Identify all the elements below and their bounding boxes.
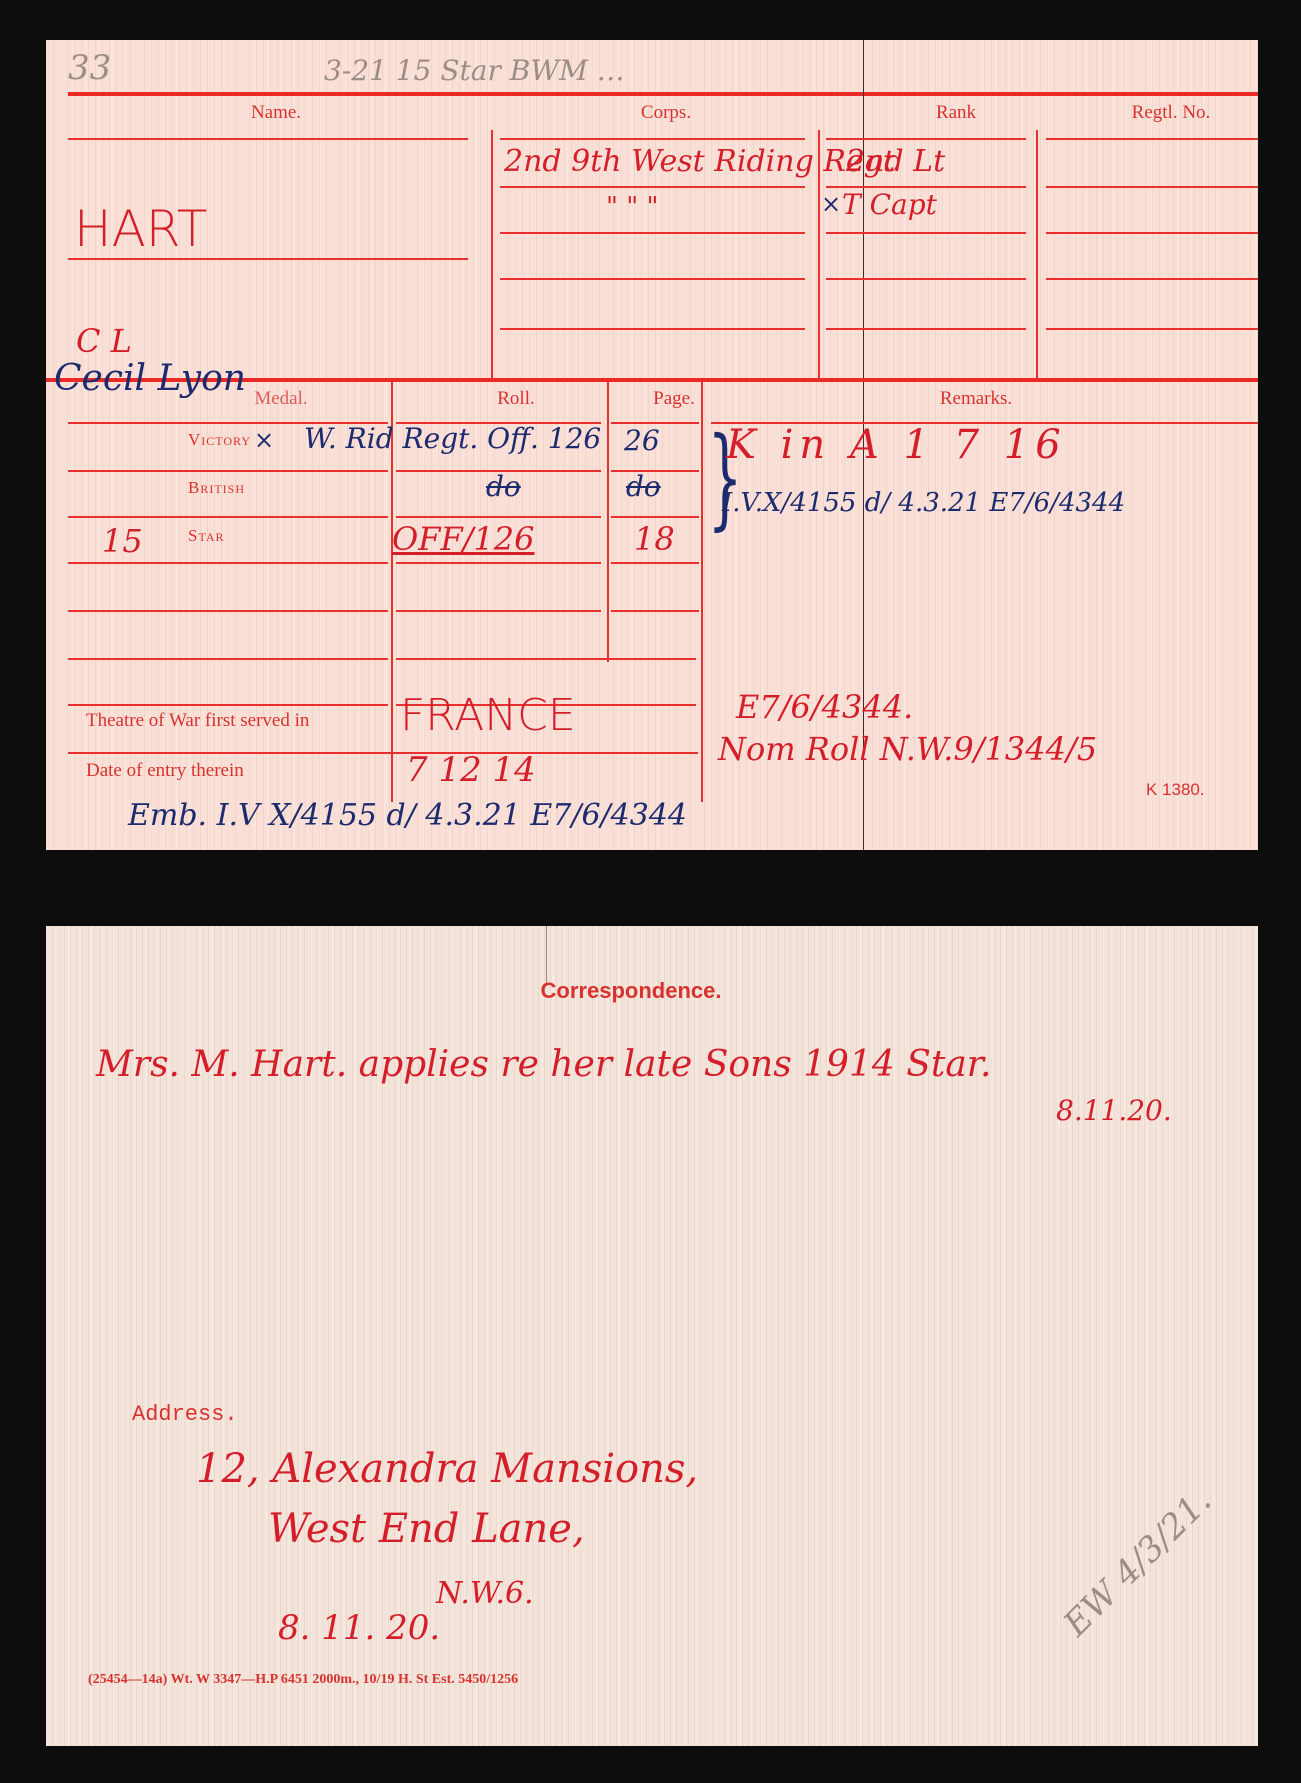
medal-card-front: 33 3-21 15 Star BWM … Name. Corps. Rank …: [46, 40, 1258, 850]
divider: [826, 278, 1026, 280]
divider: [701, 382, 703, 802]
divider: [68, 562, 388, 564]
page-value: 26: [624, 424, 660, 457]
divider: [396, 610, 601, 612]
divider: [500, 186, 805, 188]
pencil-note: 3-21 15 Star BWM …: [324, 54, 625, 87]
medal-card-back: Correspondence. Mrs. M. Hart. applies re…: [46, 926, 1258, 1746]
corps-value-2: " " ": [606, 192, 658, 222]
header-medal: Medal.: [236, 388, 326, 410]
divider: [826, 138, 1026, 140]
divider: [826, 328, 1026, 330]
divider: [396, 658, 696, 660]
star-prefix: 15: [102, 522, 143, 560]
surname: HART: [74, 200, 207, 258]
remarks-line-2: I.V.X/4155 d/ 4.3.21 E7/6/4344: [722, 488, 1125, 518]
remarks-line-4: Nom Roll N.W.9/1344/5: [718, 730, 1097, 768]
divider: [491, 130, 493, 378]
divider: [68, 470, 388, 472]
divider: [68, 752, 698, 754]
divider: [68, 258, 468, 260]
correspondence-text: Mrs. M. Hart. applies re her late Sons 1…: [96, 1044, 991, 1085]
divider: [1046, 232, 1258, 234]
divider: [1046, 278, 1258, 280]
rank-value-1: 2nd Lt: [846, 144, 945, 179]
header-roll: Roll.: [466, 388, 566, 410]
correspondence-date: 8.11.20.: [1056, 1094, 1172, 1127]
roll-value: W. Rid Regt. Off. 126: [304, 422, 601, 455]
address-line-1: 12, Alexandra Mansions,: [196, 1446, 698, 1492]
divider: [611, 516, 699, 518]
pencil-number: 33: [68, 48, 111, 88]
fold-line: [546, 926, 547, 986]
divider: [396, 562, 601, 564]
rank-value-2: T Capt: [842, 188, 937, 221]
page-value: do: [626, 470, 661, 503]
address-date: 8. 11. 20.: [278, 1608, 440, 1648]
divider: [500, 138, 805, 140]
correspondence-title: Correspondence.: [516, 978, 746, 1004]
divider: [500, 232, 805, 234]
roll-value: OFF/126: [392, 520, 535, 558]
divider: [68, 516, 388, 518]
address-line-3: N.W.6.: [436, 1576, 534, 1611]
header-rank: Rank: [906, 102, 1006, 124]
divider: [1046, 186, 1258, 188]
header-regtl-no: Regtl. No.: [1101, 102, 1241, 124]
divider: [500, 278, 805, 280]
corps-value-1: 2nd 9th West Riding Regt: [504, 144, 895, 179]
theatre-value: FRANCE: [400, 690, 576, 741]
roll-value: do: [486, 470, 521, 503]
divider: [68, 92, 1258, 96]
address-line-2: West End Lane,: [268, 1506, 585, 1552]
header-remarks: Remarks.: [906, 388, 1046, 410]
marker-icon: ×: [821, 190, 841, 218]
page-value: 18: [634, 520, 675, 558]
medal-name: Victory: [188, 430, 251, 450]
marker-icon: ×: [254, 426, 274, 454]
divider: [1036, 130, 1038, 378]
divider: [611, 610, 699, 612]
divider: [500, 328, 805, 330]
header-page: Page.: [624, 388, 724, 410]
divider: [68, 610, 388, 612]
medal-name: Star: [188, 526, 225, 546]
divider: [396, 516, 601, 518]
initials: C L: [76, 322, 132, 360]
divider: [611, 562, 699, 564]
form-code: K 1380.: [1146, 780, 1205, 800]
divider: [1046, 328, 1258, 330]
divider: [826, 232, 1026, 234]
theatre-label: Theatre of War first served in: [86, 710, 309, 732]
header-name: Name.: [186, 102, 366, 124]
entry-date-label: Date of entry therein: [86, 760, 244, 782]
forenames: Cecil Lyon: [54, 358, 246, 399]
medal-name: British: [188, 478, 245, 498]
divider: [1046, 138, 1258, 140]
footer-note: Emb. I.V X/4155 d/ 4.3.21 E7/6/4344: [128, 798, 687, 833]
divider: [68, 138, 468, 140]
print-line: (25454—14a) Wt. W 3347—H.P 6451 2000m., …: [88, 1672, 518, 1688]
pencil-mark: EW 4/3/21.: [1056, 1481, 1219, 1644]
remarks-line-3: E7/6/4344.: [736, 688, 913, 726]
header-corps: Corps.: [606, 102, 726, 124]
divider: [607, 382, 609, 662]
entry-date-value: 7 12 14: [406, 750, 536, 790]
address-label: Address.: [132, 1402, 238, 1427]
divider: [68, 704, 388, 706]
remarks-line-1: K in A 1 7 16: [726, 422, 1067, 468]
divider: [68, 658, 388, 660]
